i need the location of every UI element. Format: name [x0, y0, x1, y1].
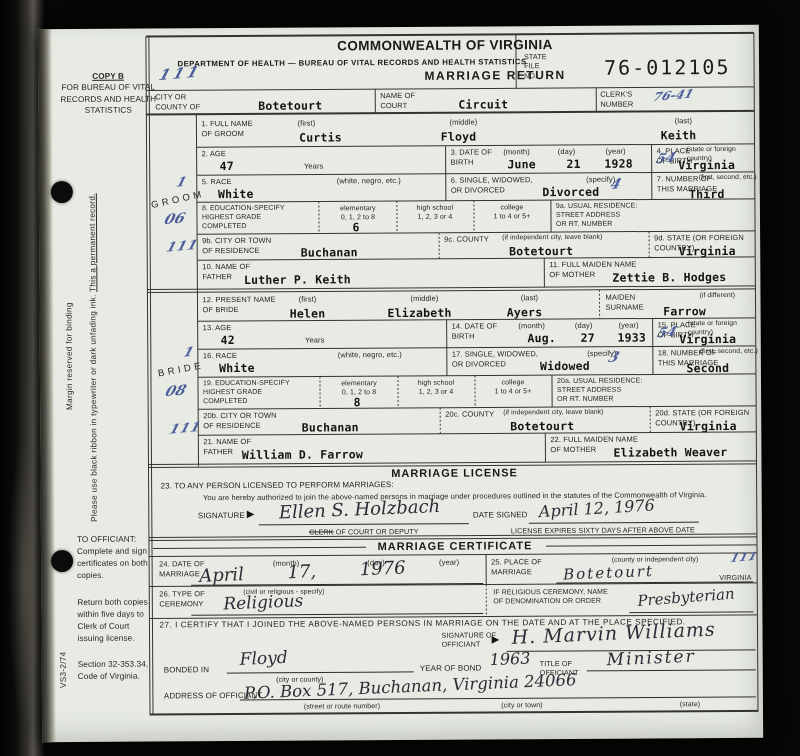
bride-county-label: 20c. COUNTY: [445, 409, 494, 419]
bride-race-value: White: [219, 361, 255, 375]
groom-dob-label: 3. DATE OF BIRTH: [451, 147, 492, 167]
bride-education-value: 8: [354, 395, 361, 409]
groom-name-label: 1. FULL NAME OF GROOM: [201, 119, 252, 139]
groom-race-label: 5. RACE: [202, 177, 232, 187]
punch-hole: [51, 550, 73, 572]
city-county-value: Botetourt: [258, 98, 322, 112]
marriage-no-hint: (first, second, etc.): [700, 348, 758, 357]
edu-highschool-label: high school 1, 2, 3 or 4: [417, 204, 454, 222]
denomination-label: IF RELIGIOUS CEREMONY, NAME OF DENOMINAT…: [493, 588, 608, 607]
bride-marriage-no-value: Second: [686, 361, 729, 375]
punch-hole: [51, 181, 73, 203]
certificate-heading: MARRIAGE CERTIFICATE: [378, 540, 533, 553]
groom-city-label: 9b. CITY OR TOWN OF RESIDENCE: [202, 236, 271, 256]
month-hint: (month): [503, 147, 530, 157]
years-label: Years: [304, 161, 323, 171]
race-hint: (white, negro, etc.): [338, 350, 402, 360]
license-heading: MARRIAGE LICENSE: [391, 467, 518, 480]
middle-hint: (middle): [411, 294, 439, 304]
middle-hint: (middle): [449, 118, 477, 128]
bride-age-label: 13. AGE: [203, 323, 232, 333]
groom-county-value: Botetourt: [509, 244, 573, 258]
signature-pointer-icon: ▶: [247, 509, 255, 520]
bride-residence-label: 20a. USUAL RESIDENCE: STREET ADDRESS OR …: [557, 377, 643, 405]
groom-education-value: 6: [352, 220, 359, 234]
court-value: Circuit: [458, 97, 508, 111]
groom-race-value: White: [218, 187, 254, 201]
caption-rest: OF COURT OR DEPUTY: [334, 527, 419, 537]
permanent-record-note: This a permanent record.: [88, 193, 98, 292]
clerk-of-court-caption: CLERK OF COURT OR DEPUTY: [309, 527, 419, 537]
groom-age-label: 2. AGE: [202, 149, 226, 159]
state-file-label: STATE FILE NO.: [524, 52, 547, 80]
groom-middle-name: Floyd: [441, 130, 477, 144]
groom-county-label: 9c. COUNTY: [444, 234, 489, 244]
license-expires-note: LICENSE EXPIRES SIXTY DAYS AFTER ABOVE D…: [511, 525, 695, 535]
bride-age-value: 42: [221, 333, 235, 347]
ink-note-text: Please use black ribbon in typewriter or…: [88, 292, 98, 522]
marriage-return-form: COPY BFOR BUREAU OF VITAL RECORDS AND HE…: [38, 25, 763, 742]
license-addressee: 23. TO ANY PERSON LICENSED TO PERFORM MA…: [161, 480, 394, 492]
bride-state-value: Virginia: [680, 419, 737, 433]
bride-city-value: Buchanan: [302, 420, 359, 434]
maiden-surname-label: MAIDEN SURNAME: [605, 293, 643, 313]
bride-city-label: 20b. CITY OR TOWN OF RESIDENCE: [203, 411, 277, 431]
address-state-hint: (state): [680, 700, 701, 709]
groom-pob-value: Virginia: [678, 158, 735, 172]
bride-dob-label: 14. DATE OF BIRTH: [452, 321, 498, 341]
signature-label: SIGNATURE: [198, 511, 245, 522]
marriage-place-label: 25. PLACE OF MARRIAGE: [491, 557, 542, 577]
virginia-printed: VIRGINIA: [719, 573, 751, 583]
bride-pob-value: Virginia: [679, 332, 736, 346]
commonwealth-title: COMMONWEALTH OF VIRGINIA: [337, 37, 553, 53]
county-hint: (if independent city, leave blank): [502, 234, 602, 243]
maiden-hint: (if different): [699, 292, 735, 301]
last-hint: (last): [521, 293, 538, 303]
bride-status-value: Widowed: [540, 359, 590, 373]
court-label: NAME OF COURT: [380, 91, 415, 111]
day-hint: (day): [575, 321, 593, 331]
scanned-document: COPY BFOR BUREAU OF VITAL RECORDS AND HE…: [0, 0, 800, 756]
bride-education-label: 19. EDUCATION-SPECIFY HIGHEST GRADE COMP…: [203, 379, 290, 407]
groom-state-value: Virginia: [679, 244, 736, 258]
groom-age-value: 47: [220, 159, 234, 173]
copy-b-body: FOR BUREAU OF VITAL RECORDS AND HEALTH S…: [60, 83, 156, 115]
years-label: Years: [305, 335, 324, 345]
year-hint: (year): [605, 147, 625, 157]
groom-education-label: 8. EDUCATION-SPECIFY HIGHEST GRADE COMPL…: [202, 204, 285, 232]
bride-race-label: 16. RACE: [203, 351, 237, 361]
bond-year-label: YEAR OF BOND: [420, 664, 482, 675]
clerk-number-label: CLERK'S NUMBER: [600, 90, 633, 110]
groom-father-value: Luther P. Keith: [244, 272, 351, 287]
ceremony-value: Religious: [223, 591, 304, 614]
struck-word: CLERK: [309, 527, 334, 536]
county-hint: (if independent city, leave blank): [503, 409, 603, 418]
binding-margin-note: Margin reserved for binding: [64, 302, 74, 410]
bride-maiden-value: Farrow: [663, 304, 706, 318]
bonded-in-value: Floyd: [239, 648, 288, 670]
address-city-hint: (city or town): [501, 701, 543, 710]
groom-birth-month: June: [507, 157, 536, 171]
city-county-label: CITY OR COUNTY OF: [155, 92, 200, 112]
state-file-number: 76-012105: [604, 55, 731, 80]
officiant-title-value: Minister: [606, 647, 696, 671]
edu-highschool-label: high school 1, 2, 3 or 4: [418, 379, 455, 397]
bride-father-value: William D. Farrow: [242, 447, 363, 462]
bride-last-name: Ayers: [507, 305, 543, 319]
groom-residence-label: 9a. USUAL RESIDENCE: STREET ADDRESS OR R…: [556, 202, 638, 230]
copy-b-stamp: COPY BFOR BUREAU OF VITAL RECORDS AND HE…: [60, 70, 156, 117]
groom-birth-day: 21: [566, 157, 580, 171]
bonded-in-label: BONDED IN: [164, 665, 209, 676]
bride-birth-year: 1933: [617, 330, 646, 344]
officiant-signature-label: SIGNATURE OF OFFICIANT: [442, 630, 497, 649]
groom-first-name: Curtis: [299, 130, 342, 144]
to-officiant-note-3: Section 32-353.34, Code of Virginia.: [78, 658, 166, 682]
bride-status-label: 17. SINGLE, WIDOWED, OR DIVORCED: [452, 349, 538, 369]
marriage-place-value: Botetourt: [563, 562, 655, 584]
last-hint: (last): [675, 116, 692, 126]
groom-status-value: Divorced: [542, 185, 599, 199]
to-officiant-note-2: Return both copies within five days to C…: [77, 596, 165, 644]
edu-college-label: college 1 to 4 or 5+: [495, 378, 532, 396]
month-hint: (month): [518, 321, 545, 331]
groom-marriage-no-value: Third: [689, 187, 725, 201]
copy-b-title: COPY B: [92, 72, 124, 81]
bride-mother-value: Elizabeth Weaver: [613, 445, 727, 460]
bride-middle-name: Elizabeth: [387, 306, 451, 320]
to-officiant-note-1: TO OFFICIANT: Complete and sign certific…: [77, 533, 165, 581]
marriage-no-hint: (first, second, etc.): [699, 174, 757, 183]
bride-name-label: 12. PRESENT NAME OF BRIDE: [202, 295, 275, 315]
groom-last-name: Keith: [661, 128, 697, 142]
ceremony-type-label: 26. TYPE OF CEREMONY: [159, 589, 205, 609]
groom-status-label: 6. SINGLE, WIDOWED, OR DIVORCED: [451, 175, 533, 195]
day-hint: (day): [558, 147, 576, 157]
marriage-date-label: 24. DATE OF MARRIAGE: [159, 559, 205, 579]
groom-mother-value: Zettie B. Hodges: [612, 270, 726, 285]
bride-first-name: Helen: [290, 306, 326, 320]
year-hint: (year): [619, 321, 639, 331]
groom-city-value: Buchanan: [301, 245, 358, 259]
form-code: VS3-2/74: [59, 651, 68, 688]
bride-birth-day: 27: [581, 331, 595, 345]
bride-county-value: Botetourt: [510, 419, 574, 433]
signature-pointer-icon: ▶: [492, 634, 500, 645]
groom-birth-year: 1928: [604, 157, 633, 171]
first-hint: (first): [297, 119, 315, 129]
scanner-edge-highlight: [8, 430, 42, 730]
race-hint: (white, negro, etc.): [337, 176, 401, 186]
bride-birth-month: Aug.: [527, 331, 556, 345]
year-hint: (year): [439, 558, 459, 568]
first-hint: (first): [299, 295, 317, 305]
date-signed-label: DATE SIGNED: [473, 510, 528, 521]
bond-year-value: 1963: [489, 649, 530, 670]
edu-college-label: college 1 to 4 or 5+: [493, 203, 530, 221]
address-street-hint: (street or route number): [304, 702, 380, 712]
